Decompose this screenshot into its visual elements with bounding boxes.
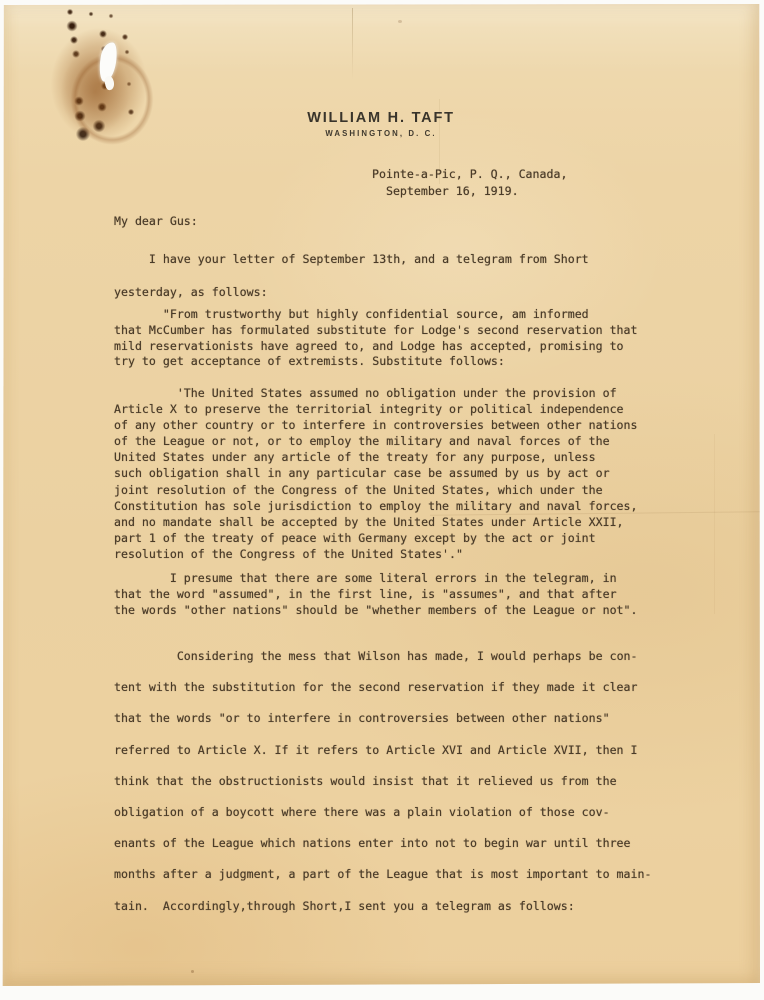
letterhead: WILLIAM H. TAFT WASHINGTON, D. C.: [2, 110, 760, 138]
paragraph-errors: I presume that there are some literal er…: [114, 570, 662, 619]
paper-tear-small: [104, 75, 116, 91]
burn-stain: [27, 4, 212, 179]
paper-speck: [398, 20, 402, 23]
paper-speck: [191, 970, 194, 973]
letterhead-location: WASHINGTON, D. C.: [2, 129, 760, 138]
letterhead-name: WILLIAM H. TAFT: [2, 110, 760, 126]
paragraph-closing: Considering the mess that Wilson has mad…: [114, 641, 662, 922]
crease-line: [714, 434, 715, 614]
letter-paper: WILLIAM H. TAFT WASHINGTON, D. C. Pointe…: [2, 4, 760, 986]
dateline: Pointe-a-Pic, P. Q., Canada, September 1…: [372, 166, 567, 199]
salutation: My dear Gus:: [114, 213, 198, 229]
substitute-reservation-quote: 'The United States assumed no obligation…: [114, 385, 662, 562]
crease-line: [352, 8, 353, 80]
telegram-quote: "From trustworthy but highly confidentia…: [114, 307, 662, 370]
scanned-letter-page: WILLIAM H. TAFT WASHINGTON, D. C. Pointe…: [0, 0, 764, 1000]
paragraph-opening: I have your letter of September 13th, an…: [114, 243, 662, 309]
